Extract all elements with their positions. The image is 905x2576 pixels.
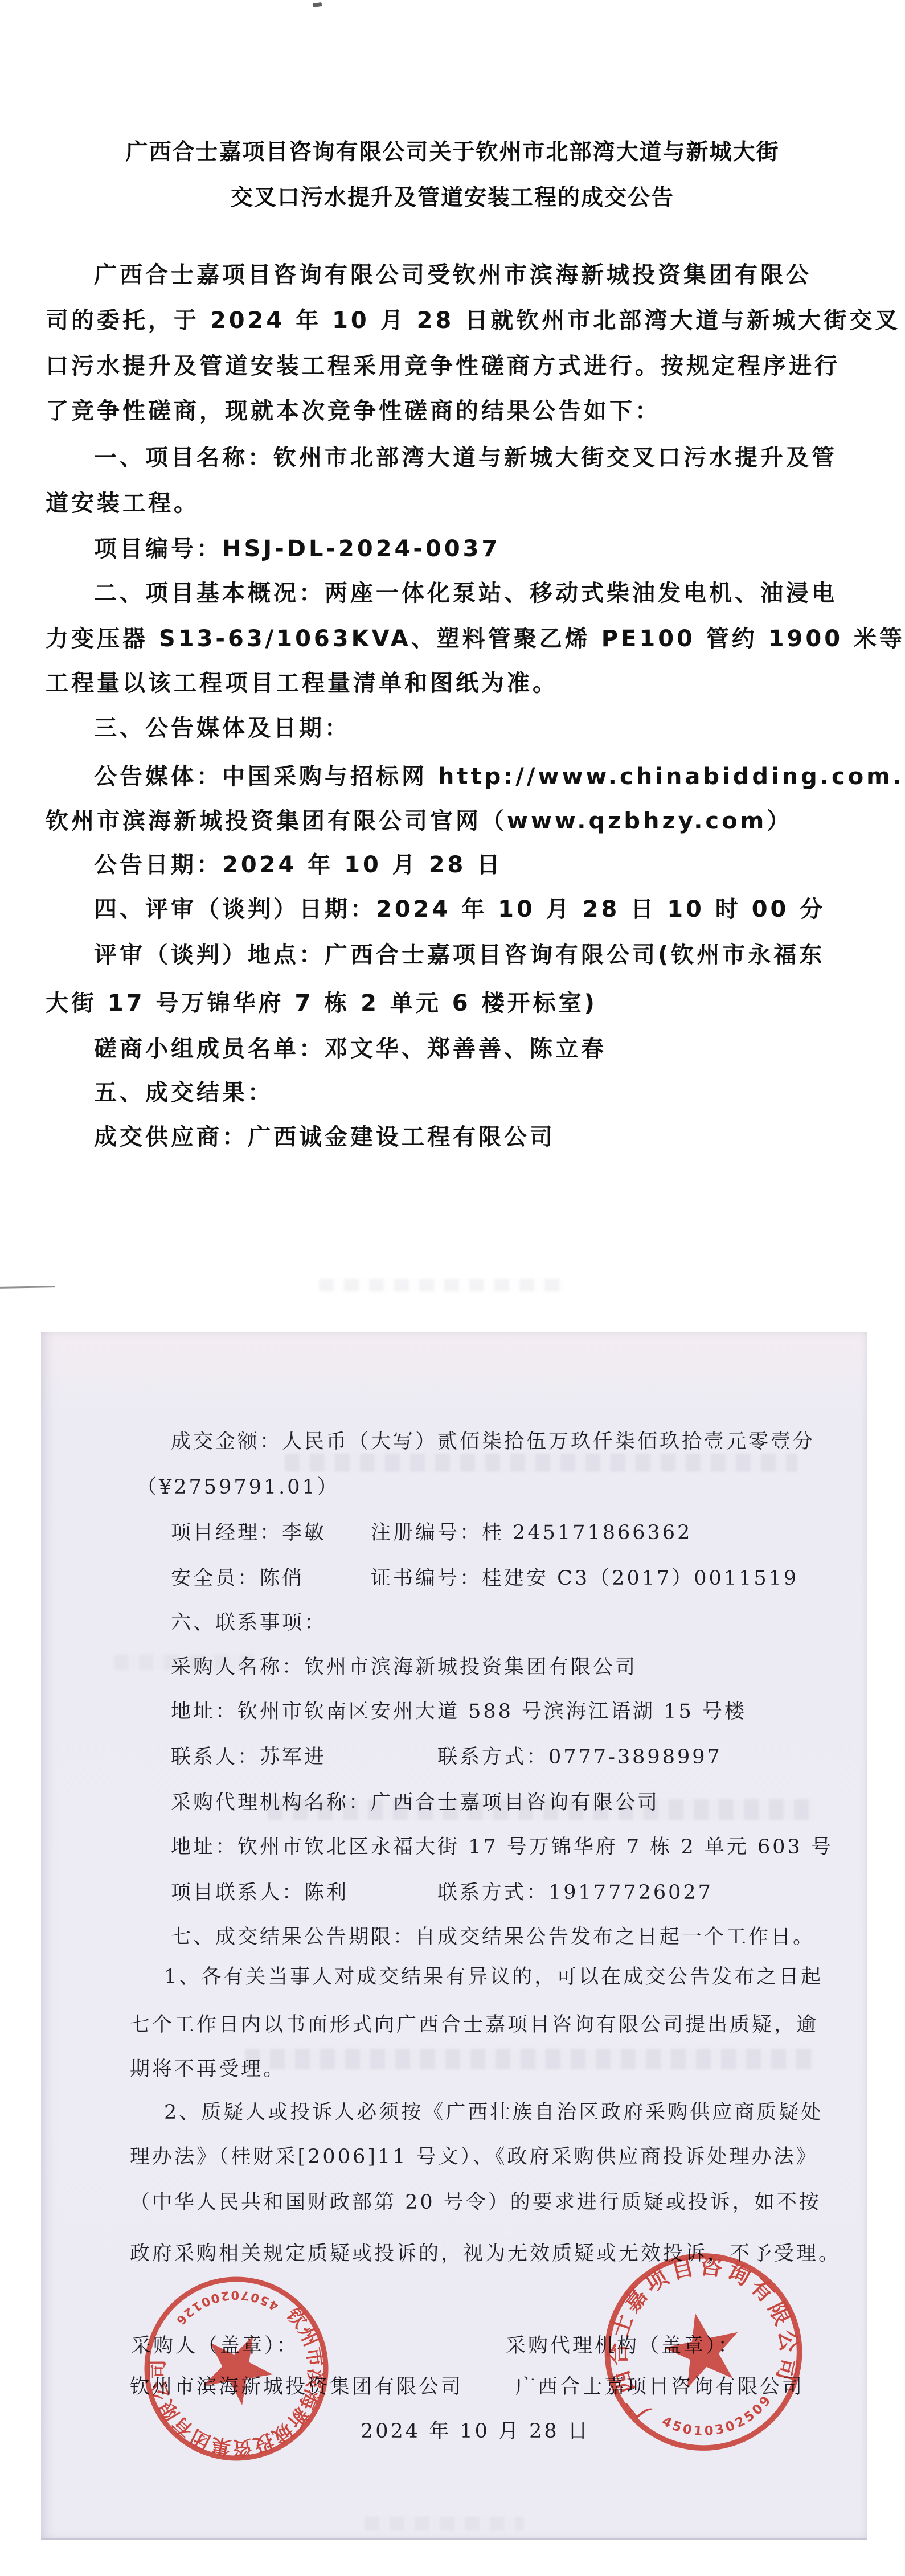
page-1: 广西合士嘉项目咨询有限公司关于钦州市北部湾大道与新城大街 交叉口污水提升及管道安… (0, 0, 905, 1332)
doc-line: 七、成交结果公告期限：自成交结果公告发布之日起一个工作日。 (171, 1926, 815, 1949)
doc-line: 公告媒体：中国采购与招标网 http://www.chinabidding.co… (94, 764, 905, 790)
doc-line: 了竞争性磋商，现就本次竞争性磋商的结果公告如下： (46, 398, 661, 424)
doc-date: 2024 年 10 月 28 日 (361, 2420, 590, 2443)
doc-line: 公告日期：2024 年 10 月 28 日 (94, 852, 502, 878)
doc-title-line-1: 广西合士嘉项目咨询有限公司关于钦州市北部湾大道与新城大街 (0, 140, 905, 166)
star-icon (658, 2306, 747, 2392)
document-scan: 广西合士嘉项目咨询有限公司关于钦州市北部湾大道与新城大街 交叉口污水提升及管道安… (0, 0, 905, 2576)
doc-line: 力变压器 S13-63/1063KVA、塑料管聚乙烯 PE100 管约 1900… (46, 626, 905, 652)
doc-title-line-2: 交叉口污水提升及管道安装工程的成交公告 (0, 186, 905, 211)
doc-line: 大街 17 号万锦华府 7 栋 2 单元 6 楼开标室) (46, 990, 597, 1016)
doc-line: 1、各有关当事人对成交结果有异议的，可以在成交公告发布之日起 (164, 1966, 823, 1988)
doc-line: 评审（谈判）地点：广西合士嘉项目咨询有限公司(钦州市永福东 (94, 942, 825, 968)
doc-line: 六、联系事项： (171, 1611, 326, 1634)
doc-line: （¥2759791.01） (137, 1476, 339, 1499)
doc-line: 项目经理：李敏 注册编号：桂 245171866362 (171, 1521, 692, 1544)
doc-line: （中华人民共和国财政部第 20 号令）的要求进行质疑或投诉，如不按 (130, 2191, 821, 2214)
doc-line: 项目编号：HSJ-DL-2024-0037 (94, 536, 500, 562)
doc-line: 项目联系人：陈利 联系方式：19177726027 (171, 1881, 713, 1904)
doc-line: 采购人名称：钦州市滨海新城投资集团有限公司 (171, 1656, 637, 1679)
doc-line: 理办法》（桂财采[2006]11 号文）、《政府采购供应商投诉处理办法》 (130, 2146, 818, 2168)
doc-line: 磋商小组成员名单：邓文华、郑善善、陈立春 (94, 1036, 607, 1062)
scan-line-artifact (0, 1286, 55, 1289)
bleed-through-mark (319, 1279, 564, 1291)
doc-line: 联系人：苏军进 联系方式：0777-3898997 (171, 1746, 722, 1769)
doc-line: 五、成交结果： (94, 1080, 273, 1106)
doc-line: 四、评审（谈判）日期：2024 年 10 月 28 日 10 时 00 分 (94, 896, 825, 922)
doc-line: 成交金额：人民币（大写）贰佰柒拾伍万玖仟柒佰玖拾壹元零壹分 (171, 1430, 815, 1453)
doc-line: 二、项目基本概况：两座一体化泵站、移动式柴油发电机、油浸电 (94, 580, 837, 606)
doc-line: 道安装工程。 (46, 490, 199, 516)
doc-line: 成交供应商：广西诚金建设工程有限公司 (94, 1124, 555, 1150)
doc-line: 司的委托，于 2024 年 10 月 28 日就钦州市北部湾大道与新城大街交叉 (46, 307, 900, 334)
doc-line: 2、质疑人或投诉人必须按《广西壮族自治区政府采购供应商质疑处 (164, 2101, 823, 2124)
doc-line: 广西合士嘉项目咨询有限公司受钦州市滨海新城投资集团有限公 (94, 262, 812, 288)
doc-line: 钦州市滨海新城投资集团有限公司官网（www.qzbhzy.com） (46, 808, 792, 834)
doc-line: 一、项目名称：钦州市北部湾大道与新城大街交叉口污水提升及管 (94, 445, 837, 471)
doc-line: 工程量以该工程项目工程量清单和图纸为准。 (46, 670, 558, 696)
doc-line: 采购代理机构名称：广西合士嘉项目咨询有限公司 (171, 1791, 660, 1814)
scan-speck (313, 2, 322, 7)
doc-line: 地址：钦州市钦南区安州大道 588 号滨海江语湖 15 号楼 (171, 1700, 747, 1723)
doc-line: 期将不再受理。 (130, 2058, 285, 2081)
bleed-through-mark (365, 2517, 524, 2530)
doc-line: 安全员：陈俏 证书编号：桂建安 C3（2017）0011519 (171, 1567, 798, 1590)
doc-line: 三、公告媒体及日期： (94, 715, 350, 741)
doc-line: 七个工作日内以书面形式向广西合士嘉项目咨询有限公司提出质疑，逾 (130, 2013, 818, 2036)
doc-line: 地址：钦州市钦北区永福大街 17 号万锦华府 7 栋 2 单元 603 号 (171, 1836, 833, 1859)
bleed-through-mark (245, 2049, 814, 2069)
star-icon (197, 2334, 277, 2411)
official-stamp-purchaser: 钦州市滨海新城投资集团有限公司 4507020012640 (125, 2255, 348, 2483)
doc-line: 口污水提升及管道安装工程采用竞争性磋商方式进行。按规定程序进行 (46, 353, 840, 379)
bleed-through-mark (285, 1454, 797, 1472)
